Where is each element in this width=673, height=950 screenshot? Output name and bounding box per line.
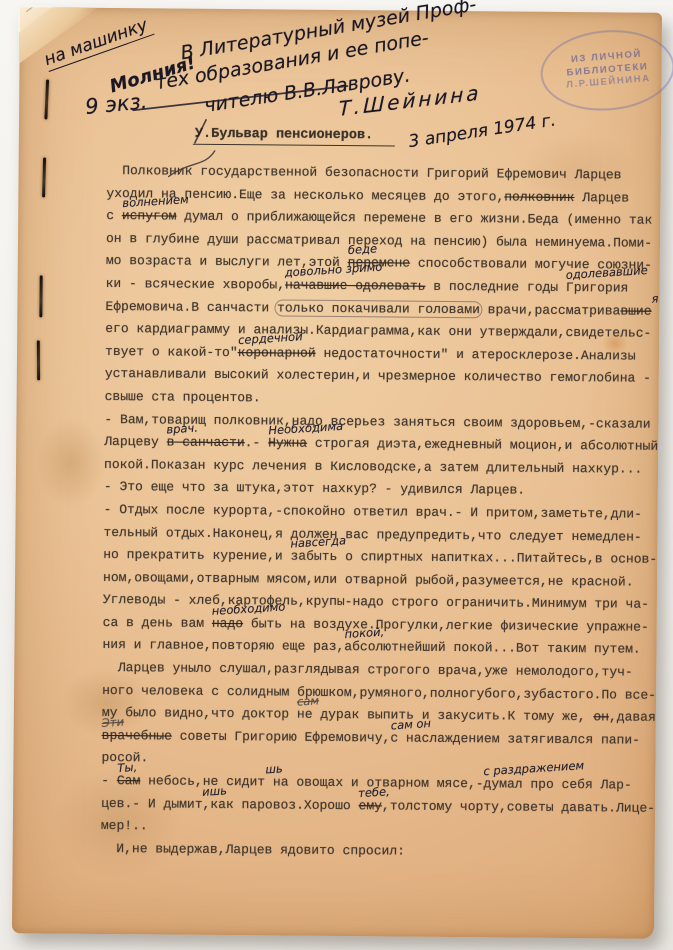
typescript-line: И,не выдержав,Ларцев ядовито спросил: xyxy=(101,838,661,865)
handwritten-correction: я xyxy=(651,293,652,304)
typed-text: Полковник государственной безопасности Г… xyxy=(107,163,622,182)
typed-text: - Отдых после курорта,-спокойно ответил … xyxy=(104,502,642,522)
handwritten-correction: ишь xyxy=(202,786,203,797)
handwritten-copies-count: 9 экз. xyxy=(84,89,148,119)
typed-text: са в день вам xyxy=(103,615,212,631)
typed-text: надо xyxy=(212,616,243,631)
typed-text: ему xyxy=(358,798,382,813)
typed-text: Сам xyxy=(117,773,141,788)
typed-text: ного человека с солидным брюшком,румяног… xyxy=(102,683,656,703)
handwritten-correction: покой, xyxy=(344,630,345,641)
handwritten-correction: навсегда xyxy=(290,539,291,550)
handwritten-correction: сам xyxy=(297,697,298,708)
typed-text: му было видно,что доктор xyxy=(102,705,297,722)
binding-stitch xyxy=(44,79,49,119)
typed-text: начавшие одолевать xyxy=(285,278,426,294)
typed-text: свыше ста процентов. xyxy=(105,389,261,405)
binding-stitch xyxy=(42,157,46,197)
typed-text: коронарной xyxy=(238,345,316,361)
handwritten-correction: врач. xyxy=(166,425,167,436)
typescript-body: Полковник государственной безопасности Г… xyxy=(101,160,667,865)
handwritten-correction: одолевавшие xyxy=(566,270,567,281)
typed-text: Нужна xyxy=(268,436,307,451)
typed-text: ,толстому чорту,советы давать.Лице- xyxy=(382,798,655,815)
typed-text: недостаточности" и атеросклерозе.Анализы xyxy=(316,346,636,364)
typed-text: думал о приближающейся перемене в его жи… xyxy=(176,209,652,228)
typed-text: мер!.. xyxy=(101,818,148,833)
handwritten-correction: шь xyxy=(265,764,266,775)
library-stamp: ИЗ ЛИЧНОЙ БИБЛИОТЕКИ Л.Р.ШЕЙНИНА xyxy=(538,25,673,115)
typed-text: ки - всяческие хворобы, xyxy=(106,276,286,293)
typed-text: в последние годы xyxy=(425,279,566,295)
typed-text: ,как паровоз.Хорошо xyxy=(202,796,358,812)
typed-text: вшие xyxy=(620,303,651,318)
typed-text: его кардиаграмму и анализы.Кардиаграмма,… xyxy=(105,321,651,341)
typed-text: .- xyxy=(245,435,269,450)
typed-text: не дурак выпить и закусить.К тому же, xyxy=(297,707,594,725)
handwritten-correction: необходимо xyxy=(212,606,213,617)
typed-text: устанавливали высокий холестерин,и чрезм… xyxy=(105,366,651,386)
handwritten-correction: с раздражением xyxy=(483,766,484,777)
handwritten-correction: Необходима xyxy=(268,426,269,437)
typed-text: но прекратить курение,и xyxy=(103,547,290,564)
binding-stitch xyxy=(37,340,40,380)
binding-stitch xyxy=(39,275,42,317)
handwritten-correction: сердечной xyxy=(237,335,238,346)
typed-text: Ларцев xyxy=(574,190,629,205)
typed-text: быть на воздухе.Прогулки,легкие физическ… xyxy=(243,616,649,635)
typed-text: Ларцев уныло слушал,разглядывая строгого… xyxy=(102,660,633,680)
typed-text: Ларцеву xyxy=(104,434,167,450)
typed-text: врачи,рассматрива xyxy=(480,302,621,318)
typed-text: абсолютнейший покой...Вот таким путем. xyxy=(344,640,641,658)
typed-text: ,давая xyxy=(609,710,656,725)
typed-text: с xyxy=(106,208,122,223)
typed-text: в санчасти xyxy=(167,435,245,451)
typed-text: тельный отдых.Наконец,я должен вас преду… xyxy=(103,524,641,544)
typed-text: покой.Показан курс лечения в Кисловодске… xyxy=(104,457,642,477)
typed-text: - xyxy=(101,773,117,788)
typed-text: он в глубине души рассматривал переход н… xyxy=(106,231,652,251)
handwritten-correction: довольно зримо xyxy=(285,268,286,279)
paper-stain xyxy=(36,417,107,508)
typed-text: забыть о спиртных напитках...Питайтесь,в… xyxy=(290,549,657,567)
typed-text: только покачивали головами xyxy=(274,299,483,318)
typed-text: ном,овощами,отварным мясом,или отварной … xyxy=(103,570,634,590)
typed-text: И,не выдержав,Ларцев ядовито спросил: xyxy=(101,841,405,859)
typed-text: твует о какой-то" xyxy=(105,344,238,360)
handwritten-correction: Ты, xyxy=(117,763,118,774)
typed-text: думал про себя Лар- xyxy=(484,776,632,792)
handwritten-correction: Эти xyxy=(101,718,102,729)
typed-text: врачебные xyxy=(102,728,172,744)
typed-text: Григория xyxy=(566,280,629,296)
typed-text: Ефремовича.В санчасти xyxy=(105,299,277,315)
typed-text: цев.- И дымит xyxy=(101,796,203,812)
handwritten-correction: волнением xyxy=(122,198,123,209)
manuscript-page: ИЗ ЛИЧНОЙ БИБЛИОТЕКИ Л.Р.ШЕЙНИНА на маши… xyxy=(12,7,662,939)
chapter-title: У.Бульвар пенсионеров. xyxy=(193,127,395,144)
typed-text: с наслаждением затягивался папи- xyxy=(390,730,640,747)
typed-text: советы Григорию Ефремовичу, xyxy=(172,728,391,745)
typed-text: он xyxy=(593,709,609,724)
typed-text: испугом xyxy=(122,208,177,223)
handwritten-correction: сам он xyxy=(390,720,391,731)
handwritten-correction: тебе, xyxy=(358,788,359,799)
typed-text: полковник xyxy=(504,189,574,205)
typed-text: ния и главное,повторяю еще раз, xyxy=(102,637,344,654)
typed-text: строгая диэта,ежедневный моцион,и абсолю… xyxy=(307,436,658,454)
handwritten-correction: беде xyxy=(347,245,348,256)
typed-text: Углеводы - хлеб,картофель,крупы-надо стр… xyxy=(103,592,649,612)
typed-text: - Это еще что за штука,этот нахкур? - уд… xyxy=(104,479,525,498)
handwritten-date: 3 апреля 1974 г. xyxy=(407,110,557,152)
